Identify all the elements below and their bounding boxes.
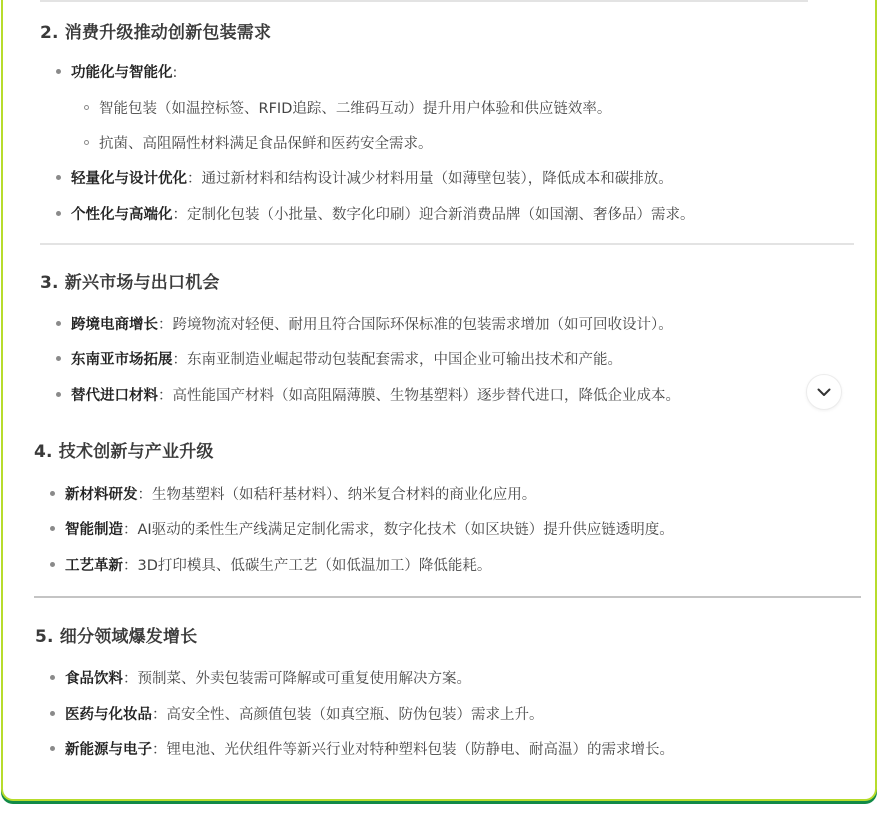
scroll-down-button[interactable] — [806, 374, 842, 410]
item-label: 个性化与高端化 — [71, 207, 173, 223]
list-item: 跨境电商增长：跨境物流对轻便、耐用且符合国际环保标准的包装需求增加（如可回收设计… — [56, 315, 673, 335]
item-label: 工艺革新 — [65, 558, 123, 574]
item-text: ：通过新材料和结构设计减少材料用量（如薄壁包装），降低成本和碳排放。 — [187, 171, 673, 187]
list-item: 功能化与智能化: — [56, 63, 177, 83]
item-text: 智能包装（如温控标签、RFID追踪、二维码互动）提升用户体验和供应链效率。 — [99, 101, 611, 117]
section-title-consumption-upgrade: 2. 消费升级推动创新包装需求 — [40, 18, 271, 43]
item-label: 跨境电商增长 — [71, 317, 158, 333]
list-item: 个性化与高端化：定制化包装（小批量、数字化印刷）迎合新消费品牌（如国潮、奢侈品）… — [56, 205, 695, 225]
item-text: 抗菌、高阻隔性材料满足食品保鲜和医药安全需求。 — [99, 136, 433, 152]
item-label: 功能化与智能化 — [71, 65, 173, 81]
hollow-bullet-icon — [84, 140, 89, 145]
item-text: ：锂电池、光伏组件等新兴行业对特种塑料包装（防静电、耐高温）的需求增长。 — [152, 742, 674, 758]
item-text: : — [173, 65, 178, 81]
item-label: 东南亚市场拓展 — [71, 352, 173, 368]
bullet-icon — [56, 211, 61, 216]
item-text: ：AI驱动的柔性生产线满足定制化需求，数字化技术（如区块链）提升供应链透明度。 — [123, 522, 674, 538]
item-text: ：高性能国产材料（如高阻隔薄膜、生物基塑料）逐步替代进口，降低企业成本。 — [158, 388, 680, 404]
sub-list-item: 智能包装（如温控标签、RFID追踪、二维码互动）提升用户体验和供应链效率。 — [84, 99, 611, 119]
divider — [40, 0, 808, 2]
list-item: 替代进口材料：高性能国产材料（如高阻隔薄膜、生物基塑料）逐步替代进口，降低企业成… — [56, 386, 680, 406]
list-item: 新能源与电子：锂电池、光伏组件等新兴行业对特种塑料包装（防静电、耐高温）的需求增… — [50, 740, 674, 760]
item-label: 食品饮料 — [65, 671, 123, 687]
item-label: 轻量化与设计优化 — [71, 171, 187, 187]
bullet-icon — [50, 526, 55, 531]
item-label: 替代进口材料 — [71, 388, 158, 404]
sub-list-item: 抗菌、高阻隔性材料满足食品保鲜和医药安全需求。 — [84, 134, 433, 154]
section-title-tech-innovation: 4. 技术创新与产业升级 — [34, 437, 214, 462]
item-text: ：东南亚制造业崛起带动包装配套需求，中国企业可输出技术和产能。 — [173, 352, 623, 368]
chevron-down-icon — [817, 388, 831, 397]
list-item: 食品饮料：预制菜、外卖包装需可降解或可重复使用解决方案。 — [50, 669, 471, 689]
bullet-icon — [56, 321, 61, 326]
item-text: ：跨境物流对轻便、耐用且符合国际环保标准的包装需求增加（如可回收设计）。 — [158, 317, 673, 333]
item-label: 新材料研发 — [65, 487, 138, 503]
item-text: ：3D打印模具、低碳生产工艺（如低温加工）降低能耗。 — [123, 558, 491, 574]
list-item: 新材料研发：生物基塑料（如秸秆基材料）、纳米复合材料的商业化应用。 — [50, 485, 536, 505]
item-text: ：生物基塑料（如秸秆基材料）、纳米复合材料的商业化应用。 — [138, 487, 537, 503]
hollow-bullet-icon — [84, 105, 89, 110]
bullet-icon — [50, 491, 55, 496]
bullet-icon — [56, 69, 61, 74]
item-label: 新能源与电子 — [65, 742, 152, 758]
bullet-icon — [50, 562, 55, 567]
divider — [40, 243, 854, 245]
divider — [34, 596, 861, 598]
item-text: ：高安全性、高颜值包装（如真空瓶、防伪包装）需求上升。 — [152, 707, 544, 723]
item-label: 医药与化妆品 — [65, 707, 152, 723]
bullet-icon — [50, 711, 55, 716]
section-title-segment-growth: 5. 细分领域爆发增长 — [35, 622, 197, 647]
item-label: 智能制造 — [65, 522, 123, 538]
bullet-icon — [56, 392, 61, 397]
section-title-emerging-markets: 3. 新兴市场与出口机会 — [40, 268, 220, 293]
list-item: 智能制造：AI驱动的柔性生产线满足定制化需求，数字化技术（如区块链）提升供应链透… — [50, 520, 674, 540]
list-item: 东南亚市场拓展：东南亚制造业崛起带动包装配套需求，中国企业可输出技术和产能。 — [56, 350, 622, 370]
bullet-icon — [56, 175, 61, 180]
bullet-icon — [50, 675, 55, 680]
bullet-icon — [56, 356, 61, 361]
list-item: 轻量化与设计优化：通过新材料和结构设计减少材料用量（如薄壁包装），降低成本和碳排… — [56, 169, 673, 189]
list-item: 医药与化妆品：高安全性、高颜值包装（如真空瓶、防伪包装）需求上升。 — [50, 705, 544, 725]
list-item: 工艺革新：3D打印模具、低碳生产工艺（如低温加工）降低能耗。 — [50, 556, 491, 576]
bullet-icon — [50, 746, 55, 751]
item-text: ：定制化包装（小批量、数字化印刷）迎合新消费品牌（如国潮、奢侈品）需求。 — [173, 207, 695, 223]
item-text: ：预制菜、外卖包装需可降解或可重复使用解决方案。 — [123, 671, 471, 687]
